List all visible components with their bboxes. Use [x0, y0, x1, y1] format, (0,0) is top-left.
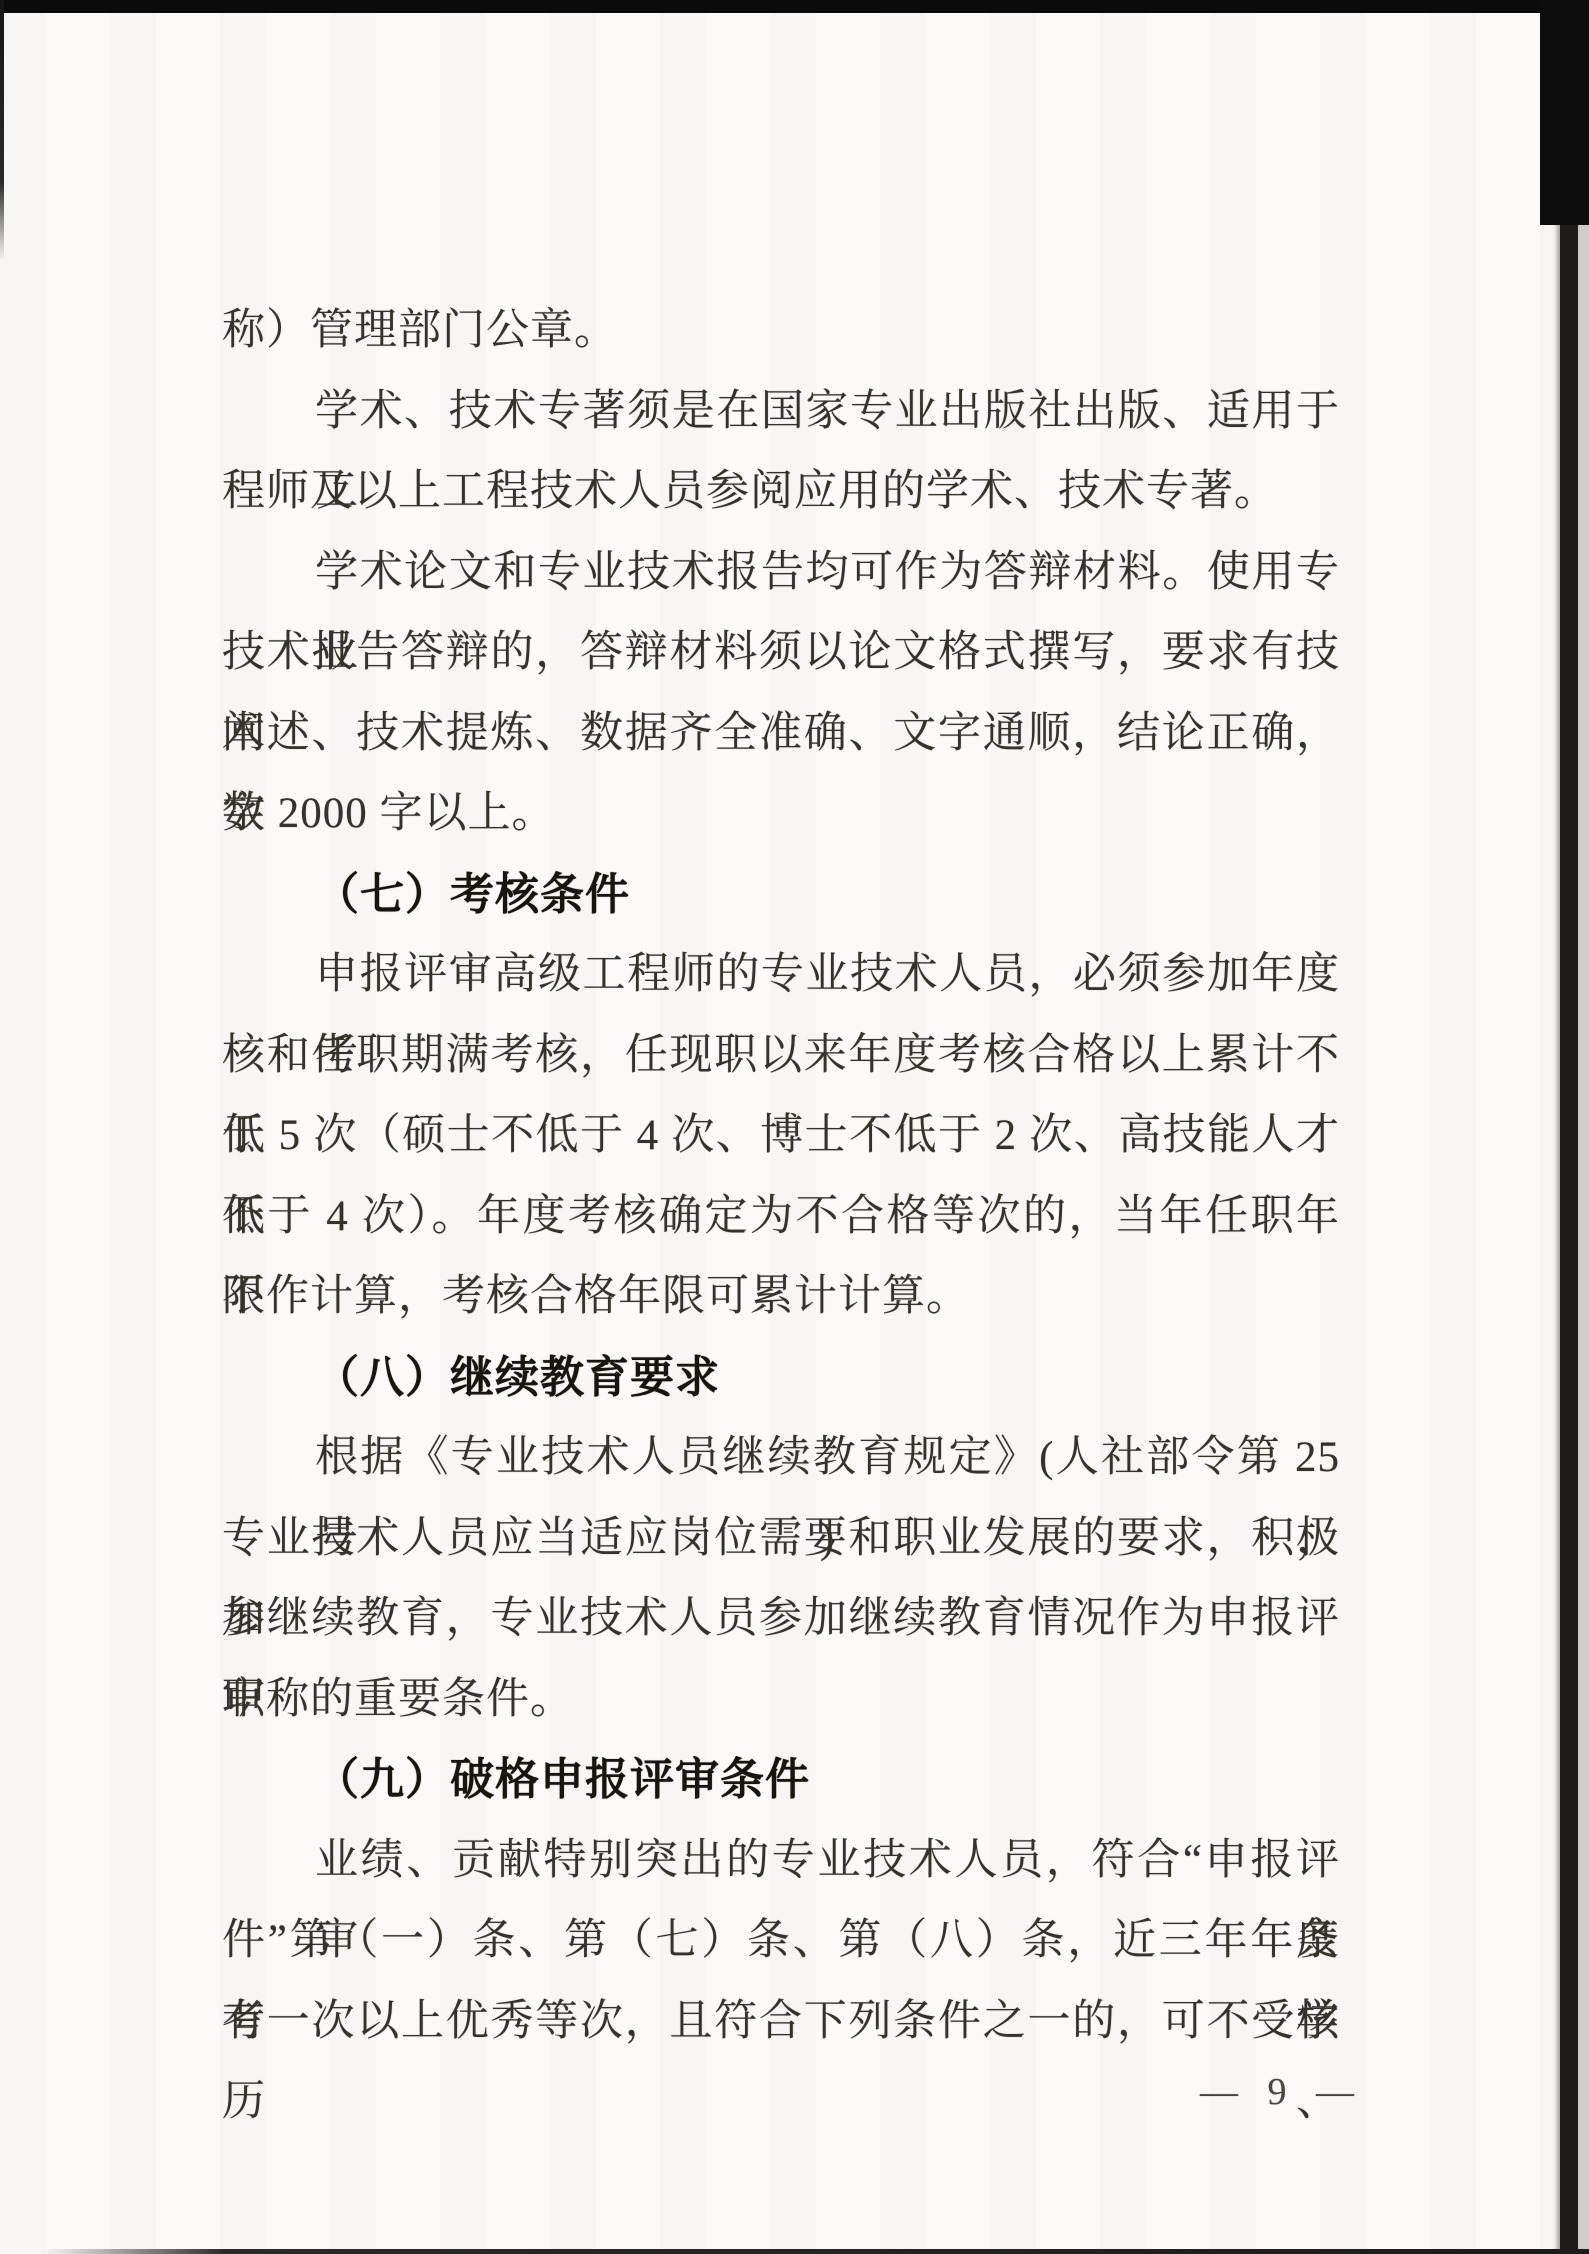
text-line: 有一次以上优秀等次，且符合下列条件之一的，可不受学历、	[222, 1982, 1340, 2063]
document-text-block: 称）管理部门公章。 学术、技术专著须是在国家专业出版社出版、适用于工 程师及以上…	[222, 291, 1340, 2062]
section-heading: （八）继续教育要求	[222, 1338, 1340, 1419]
text-line: 程师及以上工程技术人员参阅应用的学术、技术专著。	[222, 452, 1340, 533]
text-line: 学术论文和专业技术报告均可作为答辩材料。使用专业	[222, 533, 1340, 614]
scan-edge-left	[0, 0, 4, 260]
text-line: 学术、技术专著须是在国家专业出版社出版、适用于工	[222, 372, 1340, 453]
scan-corner-top-right	[1540, 0, 1589, 225]
text-line: 称）管理部门公章。	[222, 291, 1340, 372]
text-line: 于 5 次（硕士不低于 4 次、博士不低于 2 次、高技能人才不	[222, 1096, 1340, 1177]
text-line: 不作计算，考核合格年限可累计计算。	[222, 1257, 1340, 1338]
text-line: 职称的重要条件。	[222, 1660, 1340, 1741]
scanned-document-page: { "page": { "number_label": "— 9 —", "ba…	[0, 0, 1589, 2254]
text-line: 件”第（一）条、第（七）条、第（八）条，近三年年度考核	[222, 1901, 1340, 1982]
text-line: 专业技术人员应当适应岗位需要和职业发展的要求，积极参	[222, 1499, 1340, 1580]
scan-edge-right-line	[1560, 0, 1578, 2254]
text-line: 根据《专业技术人员继续教育规定》(人社部令第 25 号)，	[222, 1418, 1340, 1499]
scan-edge-right-shadow	[1578, 0, 1589, 2254]
text-line: 数 2000 字以上。	[222, 774, 1340, 855]
section-heading: （九）破格申报评审条件	[222, 1740, 1340, 1821]
text-line: 业绩、贡献特别突出的专业技术人员，符合“申报评审条	[222, 1821, 1340, 1902]
text-line: 加继续教育，专业技术人员参加继续教育情况作为申报评审	[222, 1579, 1340, 1660]
text-line: 申报评审高级工程师的专业技术人员，必须参加年度考	[222, 935, 1340, 1016]
section-heading: （七）考核条件	[222, 855, 1340, 936]
scan-edge-bottom	[40, 2249, 1589, 2254]
scan-edge-top	[0, 0, 1589, 13]
text-line: 核和任职期满考核，任现职以来年度考核合格以上累计不低	[222, 1016, 1340, 1097]
text-line: 低于 4 次）。年度考核确定为不合格等次的，当年任职年限	[222, 1177, 1340, 1258]
text-line: 阐述、技术提炼、数据齐全准确、文字通顺，结论正确，字	[222, 694, 1340, 775]
text-line: 技术报告答辩的，答辩材料须以论文格式撰写，要求有技术	[222, 613, 1340, 694]
page-number: — 9 —	[1200, 2070, 1362, 2114]
